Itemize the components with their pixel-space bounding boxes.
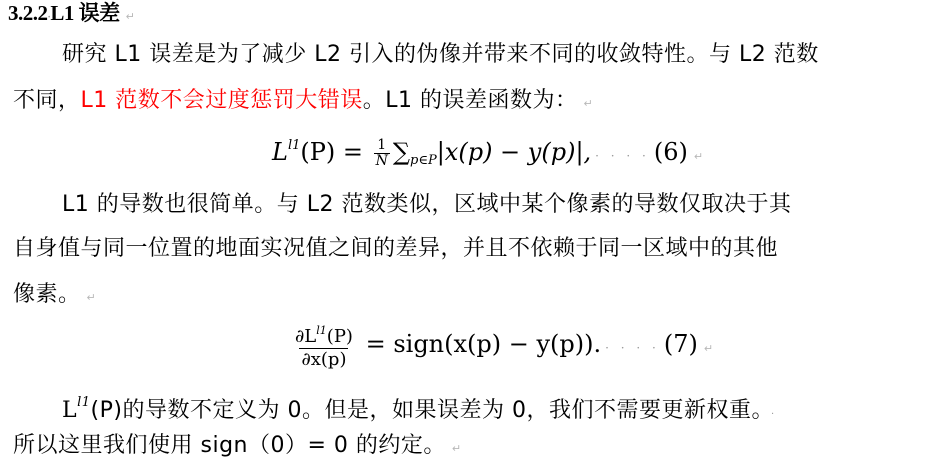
paragraph-mark-icon: ↵ — [694, 150, 703, 163]
text: 像素。 — [13, 282, 81, 307]
paragraph2-line3: 像素。↵ — [13, 280, 96, 313]
eq7-dots: · · · · — [605, 341, 660, 355]
paragraph1-line1: 研究 L1 误差是为了减少 L2 引入的伪像并带来不同的收敛特性。与 L2 范数 — [62, 40, 819, 70]
eq6-sum-sub: p∈P — [410, 153, 437, 168]
eq7-fraction: ∂Ll1(P)∂x(p) — [293, 320, 355, 371]
paragraph2-line2: 自身值与同一位置的地面实况值之间的差异，并且不依赖于同一区域中的其他 — [13, 234, 778, 264]
eq6-fraction: 1N — [374, 138, 390, 169]
space-mark: · — [771, 409, 775, 420]
section-heading: 3.2.2·L1 误差↵ — [8, 0, 134, 31]
paragraph-mark-icon: ↵ — [704, 342, 713, 355]
eq6-L: L — [272, 138, 288, 166]
text: 所以这里我们使用 sign（0）= 0 的约定。 — [13, 433, 446, 458]
equation-6: Ll1(P) = 1N∑p∈P|x(p) − y(p)|,· · · ·(6)↵ — [272, 138, 703, 169]
eq7-rhs: = sign(x(p) − y(p)). — [358, 330, 601, 358]
text: 不同， — [13, 88, 81, 113]
eq6-dots: · · · · — [595, 149, 650, 163]
paragraph-mark-icon: ↵ — [126, 10, 135, 23]
text: 。L1 的误差函数为： — [363, 88, 578, 113]
highlighted-text: L1 范数不会过度惩罚大错误 — [81, 88, 363, 113]
eq7-frac-den: ∂x(p) — [299, 348, 348, 371]
eq6-body: |x(p) − y(p)|, — [437, 138, 591, 166]
eq6-frac-num: 1 — [375, 138, 388, 153]
equation-7: ∂Ll1(P)∂x(p) = sign(x(p) − y(p)).· · · ·… — [290, 320, 713, 371]
section-number: 3.2.2 — [8, 1, 48, 25]
eq6-number: (6) — [654, 138, 688, 166]
eq7-num-sup: l1 — [316, 324, 327, 337]
eq7-num-pre: ∂L — [295, 326, 316, 347]
eq6-sup: l1 — [288, 138, 300, 153]
eq6-frac-den: N — [374, 153, 390, 169]
eq7-num-post: (P) — [327, 326, 353, 347]
section-title: L1 误差 — [50, 1, 119, 25]
eq6-sum: ∑ — [393, 138, 410, 166]
paragraph3-line2: 所以这里我们使用 sign（0）= 0 的约定。↵ — [13, 431, 462, 464]
paragraph-mark-icon: ↵ — [584, 97, 594, 110]
paragraph3-line1: Ll1(P)的导数不定义为 0。但是，如果误差为 0，我们不需要更新权重。· — [62, 388, 775, 430]
eq7-frac-num: ∂Ll1(P) — [293, 320, 355, 348]
text: (P)的导数不定义为 0。但是，如果误差为 0，我们不需要更新权重。 — [91, 398, 763, 423]
paragraph-mark-icon: ↵ — [87, 291, 97, 304]
p3-sup: l1 — [77, 395, 90, 410]
paragraph-mark-icon: ↵ — [452, 442, 462, 455]
eq7-number: (7) — [664, 330, 698, 358]
paragraph2-line1: L1 的导数也很简单。与 L2 范数类似，区域中某个像素的导数仅取决于其 — [62, 190, 792, 220]
paragraph1-line2: 不同，L1 范数不会过度惩罚大错误。L1 的误差函数为：↵ — [13, 86, 593, 119]
eq6-arg: (P) = — [300, 138, 370, 166]
p3-L: L — [62, 398, 77, 423]
